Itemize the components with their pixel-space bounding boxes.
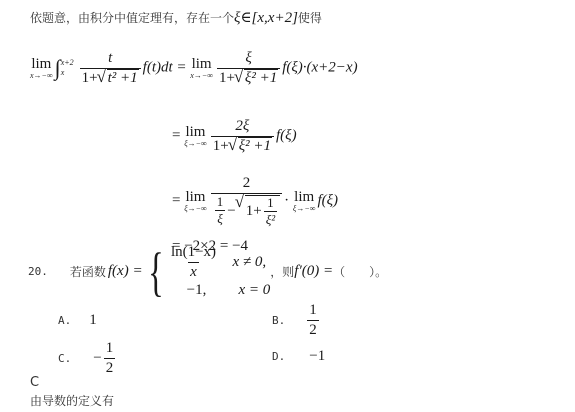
option-label: A. (58, 314, 71, 327)
intro-line: 依题意，由积分中值定理有，存在一个ξ∈[x,x+2]使得 (30, 8, 322, 27)
option-c[interactable]: C. − 12 (58, 340, 117, 376)
option-fraction: 12 (104, 340, 116, 376)
question-stem-suffix: ，则 (270, 263, 294, 280)
option-d[interactable]: D. −1 (272, 348, 325, 365)
rhs-tail: f(ξ)·(x+2−x) (282, 59, 357, 75)
question-20: 20. 若函数 f(x) = { ln(1−x)x x ≠ 0, −1, x =… (28, 244, 387, 299)
intro-math: ξ∈[x,x+2] (234, 10, 298, 26)
answer-explanation: 由导数的定义有 (30, 392, 114, 409)
integral-limits: x+2x (61, 58, 74, 77)
option-label: C. (58, 352, 71, 365)
fraction: 21ξ−1+1ξ² (211, 175, 282, 227)
answer-letter: C (30, 375, 39, 390)
rhs-fraction: ξ1+ξ² +1 (217, 50, 280, 86)
limit-operator: limx→−∞ (30, 57, 53, 80)
derivation-line-2: = limξ→−∞2ξ1+ξ² +1f(ξ) (172, 118, 297, 154)
question-stem-prefix: 若函数 (70, 263, 106, 280)
integrand-fraction: t1+t² +1 (80, 50, 141, 86)
option-fraction: 12 (307, 302, 319, 338)
limit-operator-2: limξ→−∞ (293, 190, 316, 213)
fraction: 2ξ1+ξ² +1 (211, 118, 274, 154)
integrand-tail: f(t)dt = (143, 59, 187, 75)
derivation-line-1: limx→−∞∫x+2xt1+t² +1f(t)dt = limx→−∞ξ1+ξ… (30, 50, 358, 86)
option-b[interactable]: B. 12 (272, 302, 321, 338)
limit-operator: limξ→−∞ (184, 125, 207, 148)
option-value: −1 (309, 348, 325, 365)
option-sign: − (93, 350, 101, 367)
intro-tail: 使得 (298, 11, 322, 25)
function-name: f(x) = (108, 263, 143, 280)
option-label: D. (272, 350, 285, 363)
question-number: 20. (28, 265, 48, 278)
derivative-ask: f′(0) = (294, 263, 333, 280)
option-a[interactable]: A. 1 (58, 312, 97, 329)
intro-text: 依题意，由积分中值定理有，存在一个 (30, 11, 234, 25)
option-label: B. (272, 314, 285, 327)
piecewise-brace: { (148, 245, 164, 299)
piecewise-cases: ln(1−x)x x ≠ 0, −1, x = 0 (169, 244, 271, 299)
derivation-line-3: = limξ→−∞21ξ−1+1ξ²· limξ→−∞f(ξ) (172, 175, 338, 227)
limit-operator: limξ→−∞ (184, 190, 207, 213)
option-value: 1 (89, 312, 97, 329)
answer-blank: （ ）。 (333, 263, 387, 280)
limit-operator-rhs: limx→−∞ (190, 57, 213, 80)
